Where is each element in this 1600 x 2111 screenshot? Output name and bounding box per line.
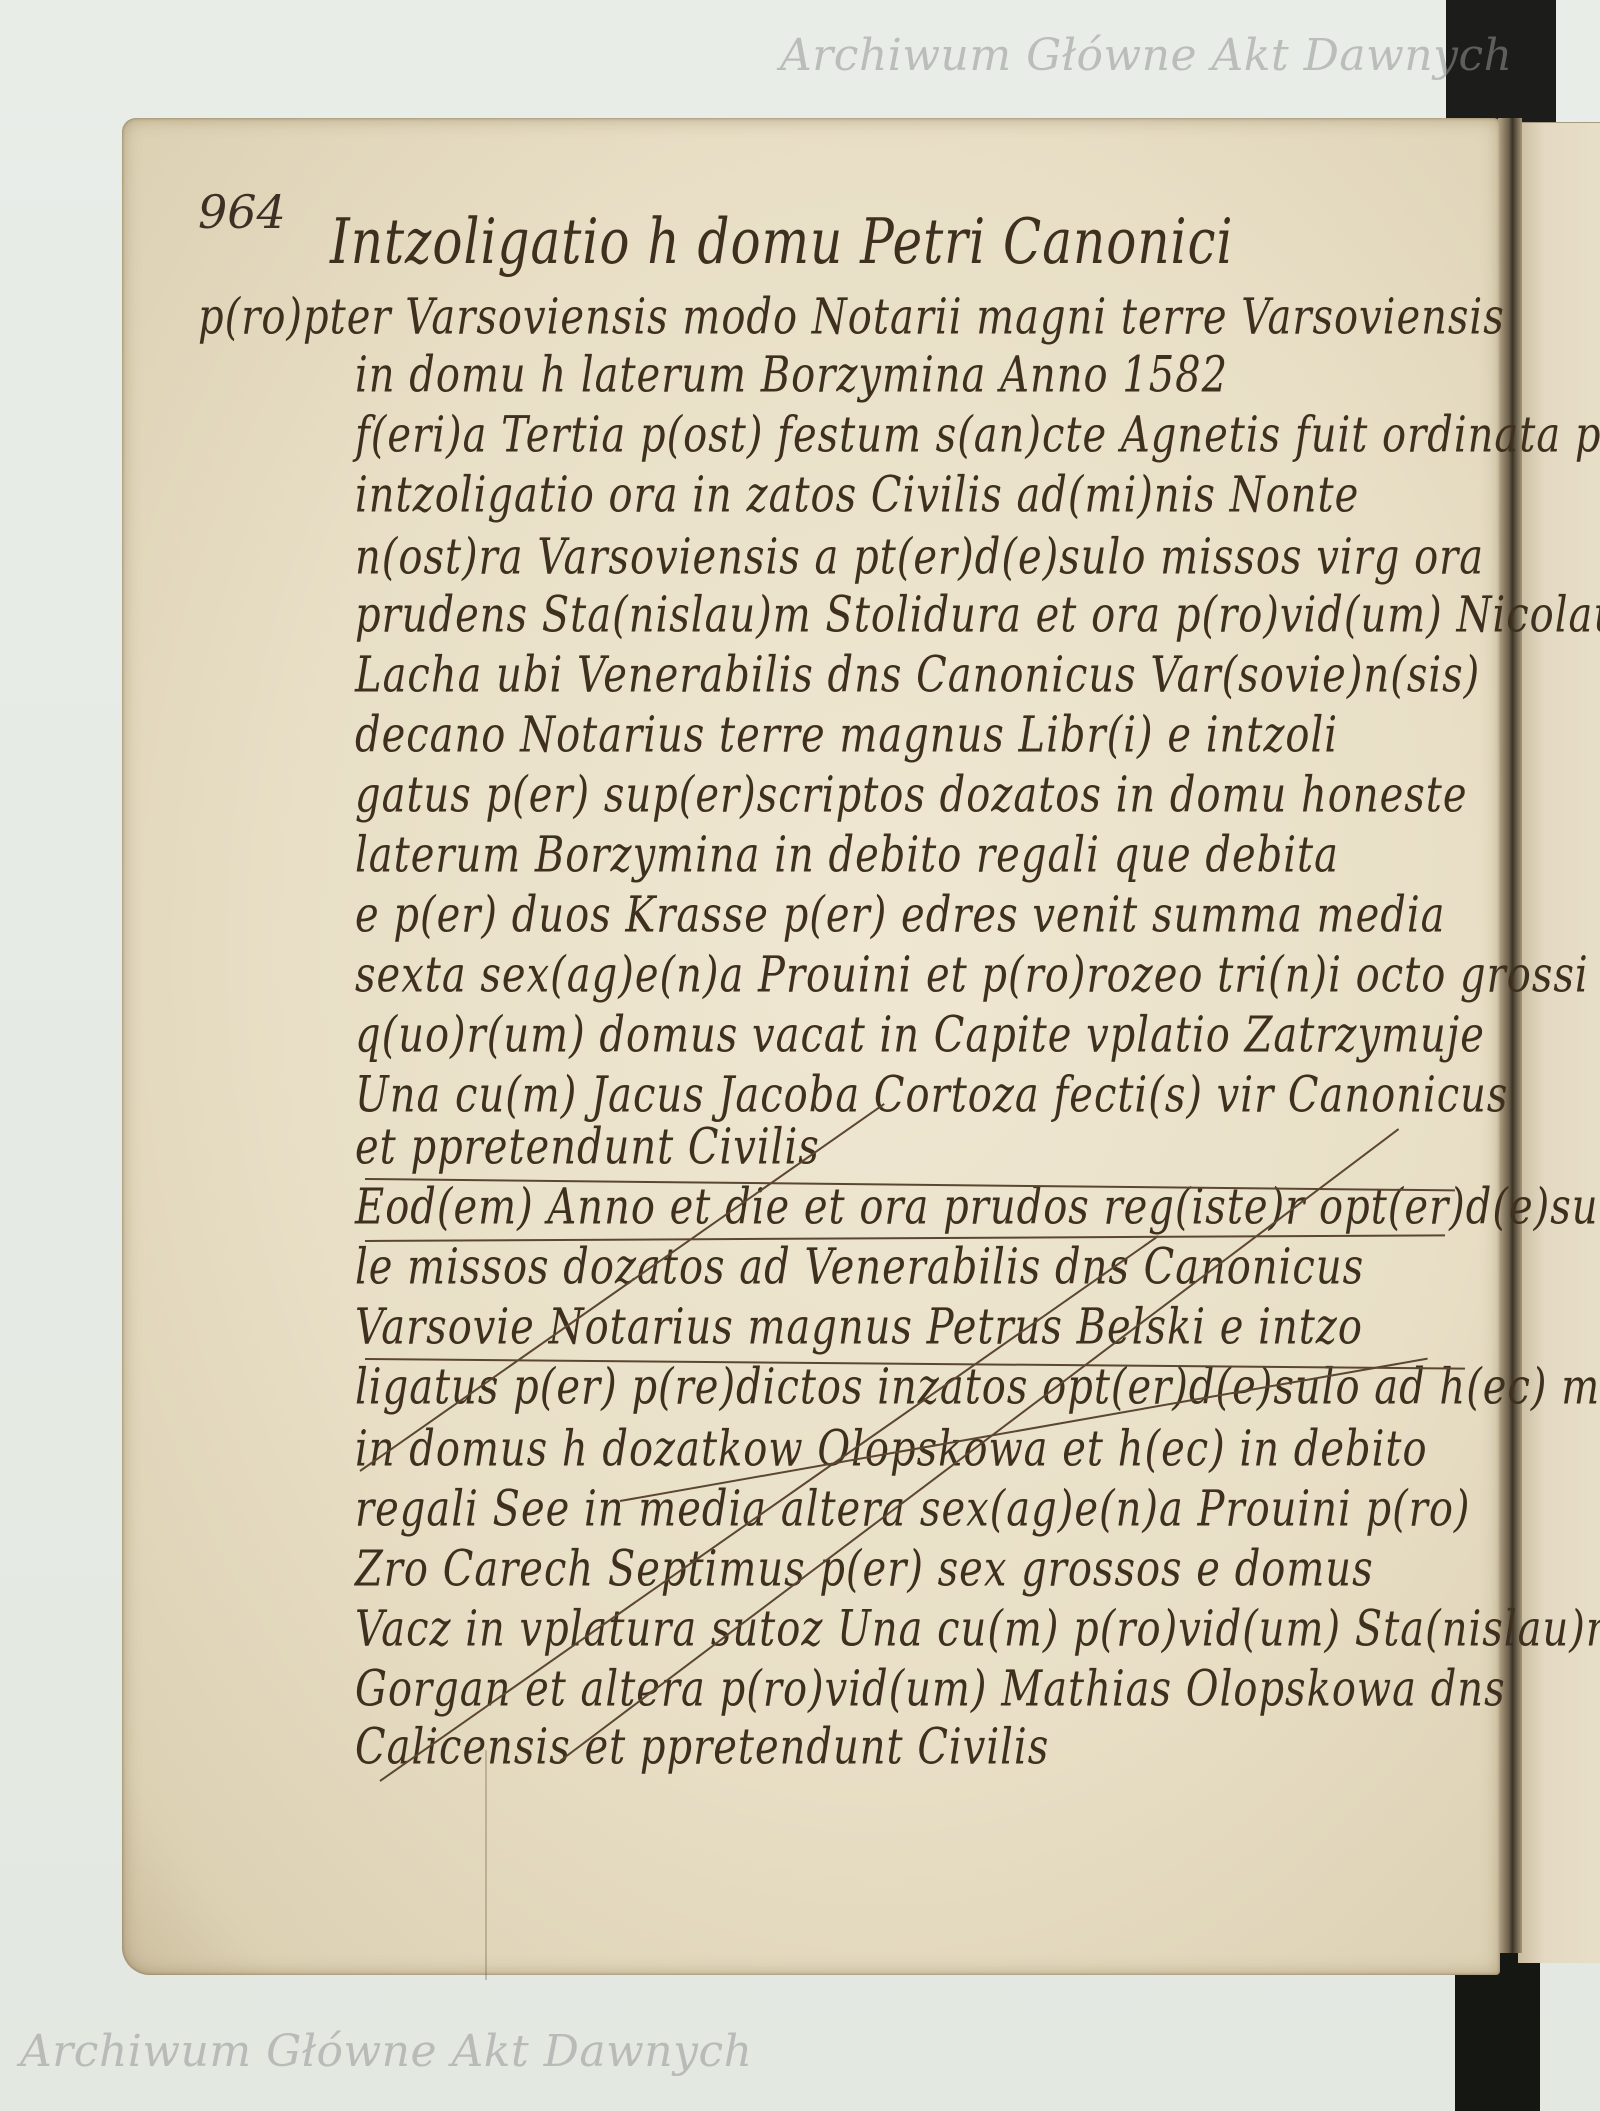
text-line: Lacha ubi Venerabilis dns Canonicus Var(…: [355, 647, 1480, 705]
text-line: et ppretendunt Civilis: [355, 1119, 820, 1177]
text-line: in domu h laterum Borzymina Anno 1582: [355, 347, 1228, 405]
text-line: prudens Sta(nislau)m Stolidura et ora p(…: [355, 587, 1600, 645]
archive-watermark-top: Archiwum Główne Akt Dawnych: [780, 30, 1512, 81]
paper-crease: [485, 1750, 487, 1980]
struck-text-line: Vacz in vplatura sutoz Una cu(m) p(ro)vi…: [355, 1601, 1600, 1659]
struck-text-line: Calicensis et ppretendunt Civilis: [355, 1719, 1049, 1777]
struck-text-line: Gorgan et altera p(ro)vid(um) Mathias Ol…: [355, 1661, 1506, 1719]
text-line: decano Notarius terre magnus Libr(i) e i…: [355, 707, 1338, 765]
struck-text-line: regali See in media altera sex(ag)e(n)a …: [355, 1481, 1471, 1539]
text-line: e p(er) duos Krasse p(er) edres venit su…: [355, 887, 1446, 945]
text-line: gatus p(er) sup(er)scriptos dozatos in d…: [355, 767, 1468, 825]
text-line: laterum Borzymina in debito regali que d…: [355, 827, 1339, 885]
struck-text-line: Zro Carech Septimus p(er) sex grossos e …: [355, 1541, 1374, 1599]
text-line: sexta sex(ag)e(n)a Prouini et p(ro)rozeo…: [355, 947, 1589, 1005]
text-line: f(eri)a Tertia p(ost) festum s(an)cte Ag…: [355, 407, 1600, 465]
archive-watermark-bottom: Archiwum Główne Akt Dawnych: [20, 2026, 752, 2077]
facing-page-edge: [1518, 122, 1600, 1963]
struck-text-line: in domus h dozatkow Olopskowa et h(ec) i…: [355, 1421, 1428, 1479]
text-line: n(ost)ra Varsoviensis a pt(er)d(e)sulo m…: [355, 529, 1484, 587]
text-line: intzoligatio ora in zatos Civilis ad(mi)…: [355, 467, 1359, 525]
text-line: q(uo)r(um) domus vacat in Capite vplatio…: [355, 1007, 1485, 1065]
struck-text-line: Varsovie Notarius magnus Petrus Belski e…: [355, 1299, 1363, 1357]
text-line: p(ro)pter Varsoviensis modo Notarii magn…: [198, 289, 1505, 347]
entry-title: Intzoligatio h domu Petri Canonici: [330, 206, 1234, 279]
folio-number: 964: [198, 185, 286, 239]
struck-text-line: Eod(em) Anno et die et ora prudos reg(is…: [355, 1179, 1600, 1237]
text-line: Una cu(m) Jacus Jacoba Cortoza fecti(s) …: [355, 1067, 1508, 1125]
